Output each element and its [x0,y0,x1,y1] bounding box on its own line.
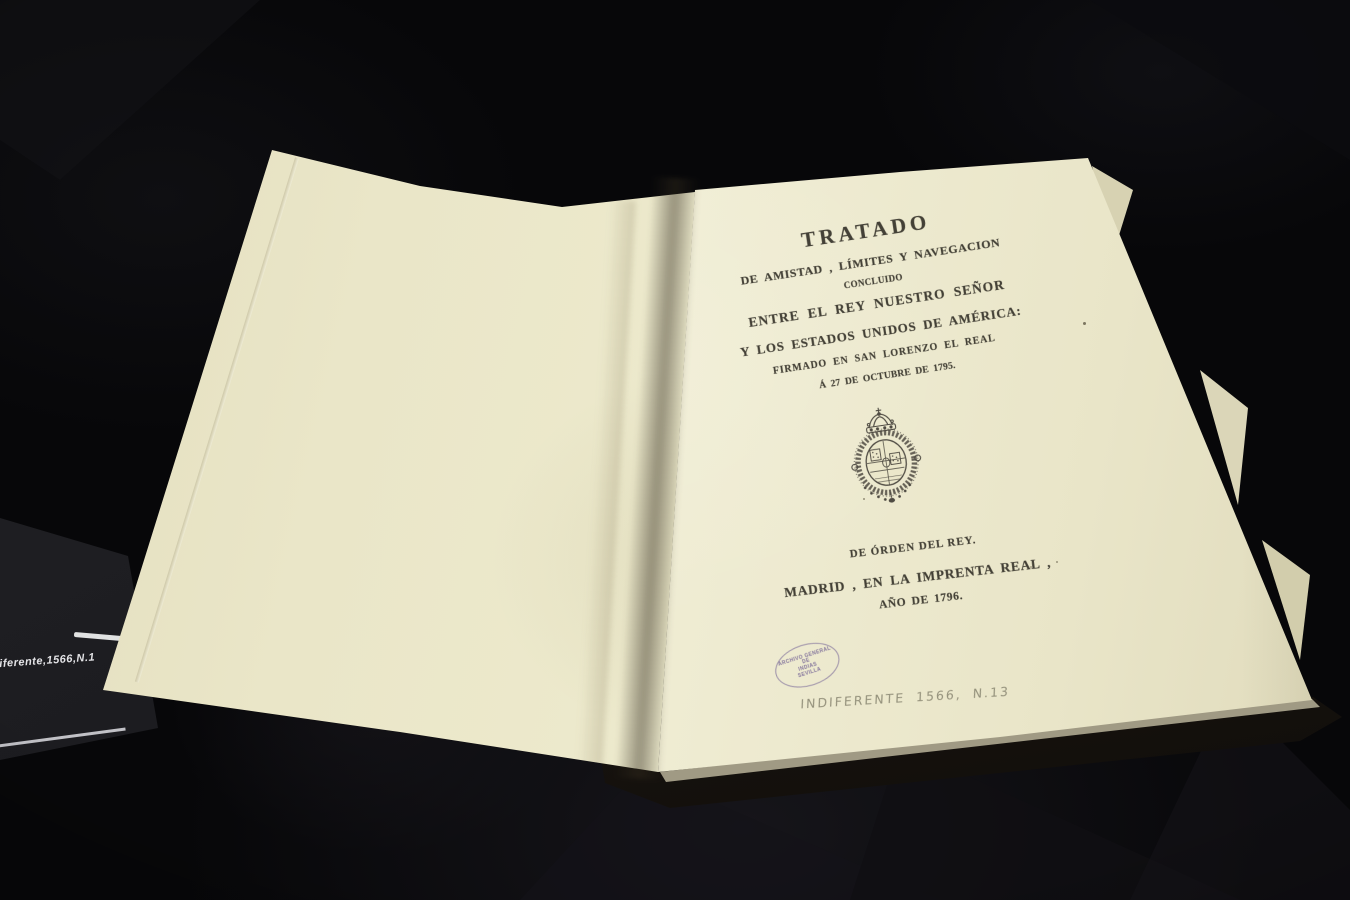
foxing-spot [1083,322,1086,325]
page-crease [135,157,299,682]
foxing-spot [1056,561,1058,563]
title-page-content: TRATADO DE AMISTAD , LÍMITES Y NAVEGACIO… [662,164,1143,797]
handwritten-shelfmark: INDIFERENTE 1566, N.13 [790,683,1020,712]
exhibit-label-text: diferente,1566,N.1 [0,651,95,670]
archive-stamp: ARCHIVO GENERAL DE INDIAS SEVILLA [770,635,846,695]
foxing-spot [863,498,865,500]
royal-coat-of-arms-icon [838,399,932,512]
photo-scene: diferente,1566,N.1 TRATADO DE AMISTAD , … [0,0,1350,900]
label-dash [74,632,122,641]
foxing-spot [1030,566,1032,568]
label-edge-highlight [0,728,126,747]
